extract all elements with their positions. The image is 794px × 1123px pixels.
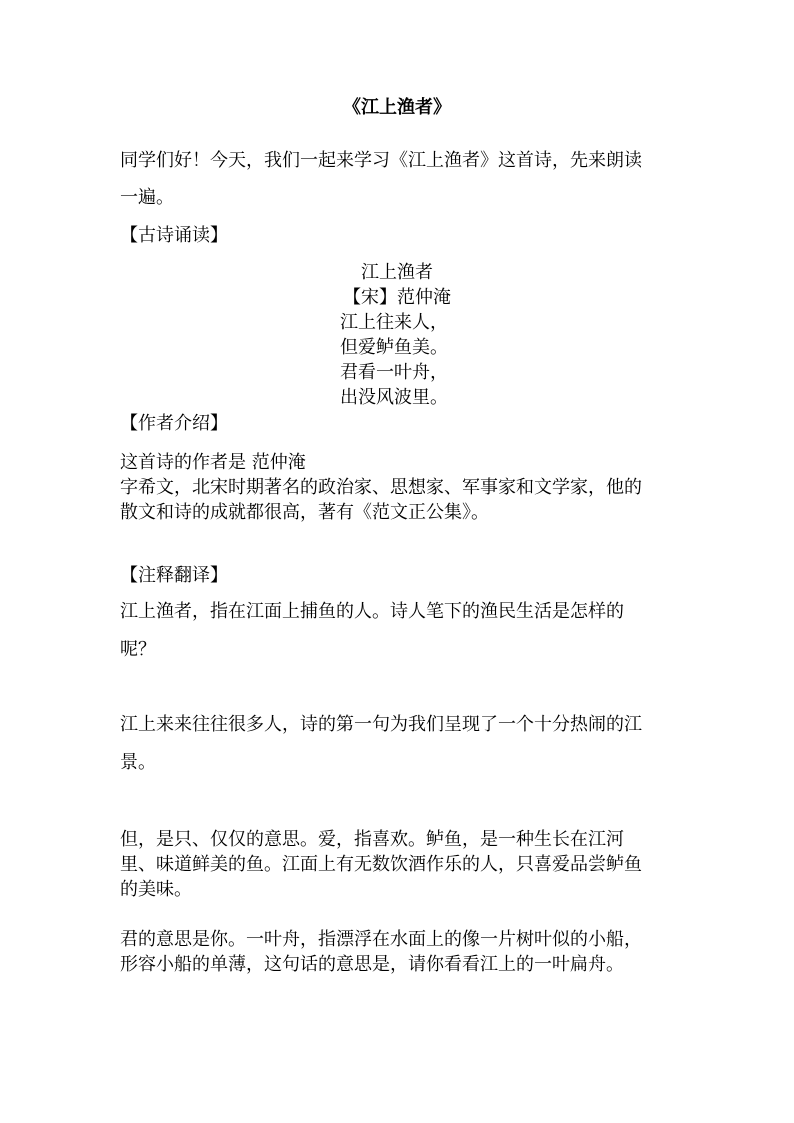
notes-p4-line-1: 君的意思是你。一叶舟，指漂浮在水面上的像一片树叶似的小船，	[120, 929, 642, 951]
notes-p1-line-2: 呢？	[120, 639, 156, 661]
author-intro-line-2: 字希文，北宋时期著名的政治家、思想家、军事家和文学家，他的	[120, 477, 642, 499]
poem-line-1: 江上往来人，	[340, 312, 448, 334]
document-title: 《江上渔者》	[0, 97, 794, 119]
notes-p2-line-2: 景。	[120, 752, 156, 774]
section-heading-author: 【作者介绍】	[120, 413, 228, 435]
notes-p3-line-3: 的美味。	[120, 879, 192, 901]
section-heading-recite: 【古诗诵读】	[120, 225, 228, 247]
section-heading-notes: 【注释翻译】	[120, 565, 228, 587]
author-intro-line-3: 散文和诗的成就都很高，著有《范文正公集》。	[120, 502, 489, 524]
poem-title: 江上渔者	[0, 262, 794, 284]
poem-line-2: 但爱鲈鱼美。	[340, 337, 448, 359]
poem-author: 【宋】范仲淹	[0, 287, 794, 309]
intro-line-2: 一遍。	[120, 187, 174, 209]
notes-p4-line-2: 形容小船的单薄，这句话的意思是，请你看看江上的一叶扁舟。	[120, 954, 624, 976]
notes-p2-line-1: 江上来来往往很多人，诗的第一句为我们呈现了一个十分热闹的江	[120, 714, 642, 736]
poem-line-3: 君看一叶舟，	[340, 362, 448, 384]
notes-p3-line-1: 但，是只、仅仅的意思。爱，指喜欢。鲈鱼，是一种生长在江河	[120, 829, 624, 851]
notes-p1-line-1: 江上渔者，指在江面上捕鱼的人。诗人笔下的渔民生活是怎样的	[120, 601, 624, 623]
author-intro-line-1: 这首诗的作者是 范仲淹	[120, 452, 306, 474]
poem-line-4: 出没风波里。	[340, 387, 448, 409]
document-page: 《江上渔者》 同学们好！今天，我们一起来学习《江上渔者》这首诗，先来朗读 一遍。…	[0, 0, 794, 1123]
notes-p3-line-2: 里、味道鲜美的鱼。江面上有无数饮酒作乐的人，只喜爱品尝鲈鱼	[120, 854, 642, 876]
intro-line-1: 同学们好！今天，我们一起来学习《江上渔者》这首诗，先来朗读	[120, 150, 642, 172]
